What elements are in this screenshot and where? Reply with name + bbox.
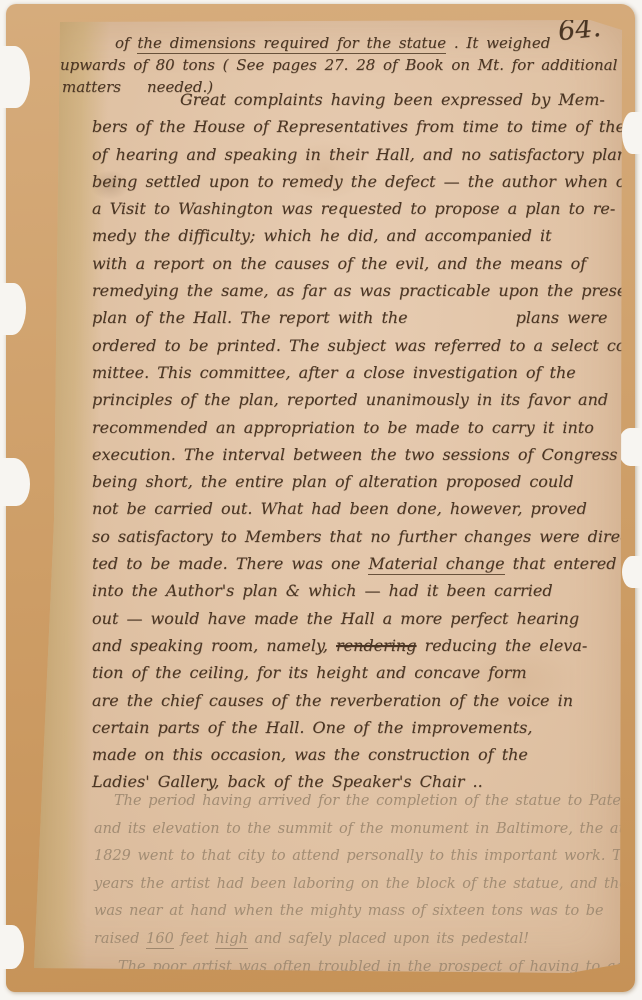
- text-segment: 1829 went to that city to attend persona…: [94, 848, 642, 864]
- manuscript-line: out — would have made the Hall a more pe…: [92, 605, 642, 632]
- torn-edge-chip: [0, 458, 30, 506]
- manuscript-line: with a report on the causes of the evil,…: [92, 250, 642, 277]
- manuscript-line: not be carried out. What had been done, …: [92, 495, 642, 522]
- manuscript-line: 1829 went to that city to attend persona…: [94, 843, 642, 871]
- torn-edge-chip: [618, 428, 642, 466]
- manuscript-line: Great complaints having been expressed b…: [180, 86, 642, 113]
- manuscript-line: being short, the entire plan of alterati…: [92, 468, 642, 495]
- text-segment: Material change: [368, 554, 504, 575]
- text-segment: years the artist had been laboring on th…: [94, 876, 642, 892]
- manuscript-page: 64. of the dimensions required for the s…: [30, 20, 622, 973]
- manuscript-line: a Visit to Washington was requested to p…: [92, 195, 642, 222]
- text-segment: high: [215, 931, 248, 949]
- text-segment: execution. The interval between the two …: [92, 445, 618, 464]
- text-segment: 160: [146, 931, 174, 949]
- text-segment: Great complaints having been expressed b…: [180, 90, 605, 109]
- text-segment: The period having arrived for the comple…: [114, 793, 642, 809]
- text-segment: of: [115, 34, 137, 52]
- manuscript-line: tion of the ceiling, for its height and …: [92, 659, 642, 686]
- manuscript-line: remedying the same, as far as was practi…: [92, 277, 642, 304]
- text-segment: plan of the Hall. The report with the: [92, 308, 408, 327]
- manuscript-line: plan of the Hall. The report with thepla…: [92, 304, 642, 331]
- text-segment: and speaking room, namely,: [92, 636, 336, 655]
- text-segment: rendering: [336, 636, 416, 655]
- text-segment: ted to be made. There was one: [92, 554, 368, 573]
- text-segment: raised: [94, 931, 146, 947]
- manuscript-line: bers of the House of Representatives fro…: [92, 113, 642, 140]
- manuscript-line: was near at hand when the mighty mass of…: [94, 898, 642, 926]
- manuscript-line: The period having arrived for the comple…: [114, 788, 642, 816]
- text-segment: made on this occasion, was the construct…: [92, 745, 528, 764]
- text-segment: with a report on the causes of the evil,…: [92, 254, 586, 273]
- manuscript-line: principles of the plan, reported unanimo…: [92, 386, 642, 413]
- text-segment: that entered: [505, 554, 617, 573]
- manuscript-line: made on this occasion, was the construct…: [92, 741, 642, 768]
- torn-edge-chip: [622, 112, 642, 154]
- text-segment: reducing the eleva-: [416, 636, 587, 655]
- manuscript-line: raised 160 feet high and safely placed u…: [94, 926, 642, 954]
- manuscript-line: upwards of 80 tons ( See pages 27. 28 of…: [60, 54, 617, 76]
- manuscript-line: ordered to be printed. The subject was r…: [92, 332, 642, 359]
- text-segment: feet: [174, 931, 216, 947]
- text-segment: recommended an appropriation to be made …: [92, 418, 594, 437]
- manuscript-line: execution. The interval between the two …: [92, 441, 642, 468]
- manuscript-line: medy the difficulty; which he did, and a…: [92, 222, 642, 249]
- text-segment: was near at hand when the mighty mass of…: [94, 903, 604, 919]
- manuscript-line: ted to be made. There was one Material c…: [92, 550, 642, 577]
- text-segment: certain parts of the Hall. One of the im…: [92, 718, 532, 737]
- torn-edge-chip: [0, 46, 30, 108]
- text-segment: are the chief causes of the reverberatio…: [92, 691, 573, 710]
- text-segment: plans were: [516, 308, 608, 327]
- text-segment: and its elevation to the summit of the m…: [94, 821, 642, 837]
- text-segment: mittee. This committee, after a close in…: [92, 363, 576, 382]
- text-segment: upwards of 80 tons ( See pages 27. 28 of…: [60, 56, 617, 74]
- text-segment: so satisfactory to Members that no furth…: [92, 527, 634, 546]
- text-segment: principles of the plan, reported unanimo…: [92, 390, 608, 409]
- ink-body-lines: Great complaints having been expressed b…: [92, 86, 642, 796]
- manuscript-line: of the dimensions required for the statu…: [115, 32, 617, 54]
- text-segment: of hearing and speaking in their Hall, a…: [92, 145, 627, 164]
- torn-edge-chip: [622, 556, 642, 588]
- manuscript-line: into the Author's plan & which — had it …: [92, 577, 642, 604]
- text-segment: ordered to be printed. The subject was r…: [92, 336, 642, 355]
- pencil-body-lines: The period having arrived for the comple…: [94, 788, 642, 981]
- manuscript-line: of hearing and speaking in their Hall, a…: [92, 141, 642, 168]
- text-segment: bers of the House of Representatives fro…: [92, 117, 642, 136]
- scanned-manuscript-scene: 64. of the dimensions required for the s…: [0, 0, 642, 1000]
- manuscript-line: and its elevation to the summit of the m…: [94, 816, 642, 844]
- torn-edge-chip: [0, 925, 24, 969]
- manuscript-line: are the chief causes of the reverberatio…: [92, 687, 642, 714]
- text-segment: being settled upon to remedy the defect …: [92, 172, 636, 191]
- manuscript-line: certain parts of the Hall. One of the im…: [92, 714, 642, 741]
- text-segment: remedying the same, as far as was practi…: [92, 281, 642, 300]
- text-segment: . It weighed: [446, 34, 550, 52]
- manuscript-line: years the artist had been laboring on th…: [94, 871, 642, 899]
- text-segment: a Visit to Washington was requested to p…: [92, 199, 615, 218]
- text-segment: tion of the ceiling, for its height and …: [92, 663, 527, 682]
- text-segment: being short, the entire plan of alterati…: [92, 472, 574, 491]
- text-segment: and safely placed upon its pedestal!: [248, 931, 529, 947]
- text-segment: out — would have made the Hall a more pe…: [92, 609, 579, 628]
- text-segment: the dimensions required for the statue: [137, 34, 446, 54]
- manuscript-line: being settled upon to remedy the defect …: [92, 168, 642, 195]
- manuscript-line: so satisfactory to Members that no furth…: [92, 523, 642, 550]
- text-segment: not be carried out. What had been done, …: [92, 499, 587, 518]
- manuscript-line: mittee. This committee, after a close in…: [92, 359, 642, 386]
- text-segment: medy the difficulty; which he did, and a…: [92, 226, 552, 245]
- manuscript-line: recommended an appropriation to be made …: [92, 414, 642, 441]
- text-segment: into the Author's plan & which — had it …: [92, 581, 553, 600]
- manuscript-line: and speaking room, namely, rendering red…: [92, 632, 642, 659]
